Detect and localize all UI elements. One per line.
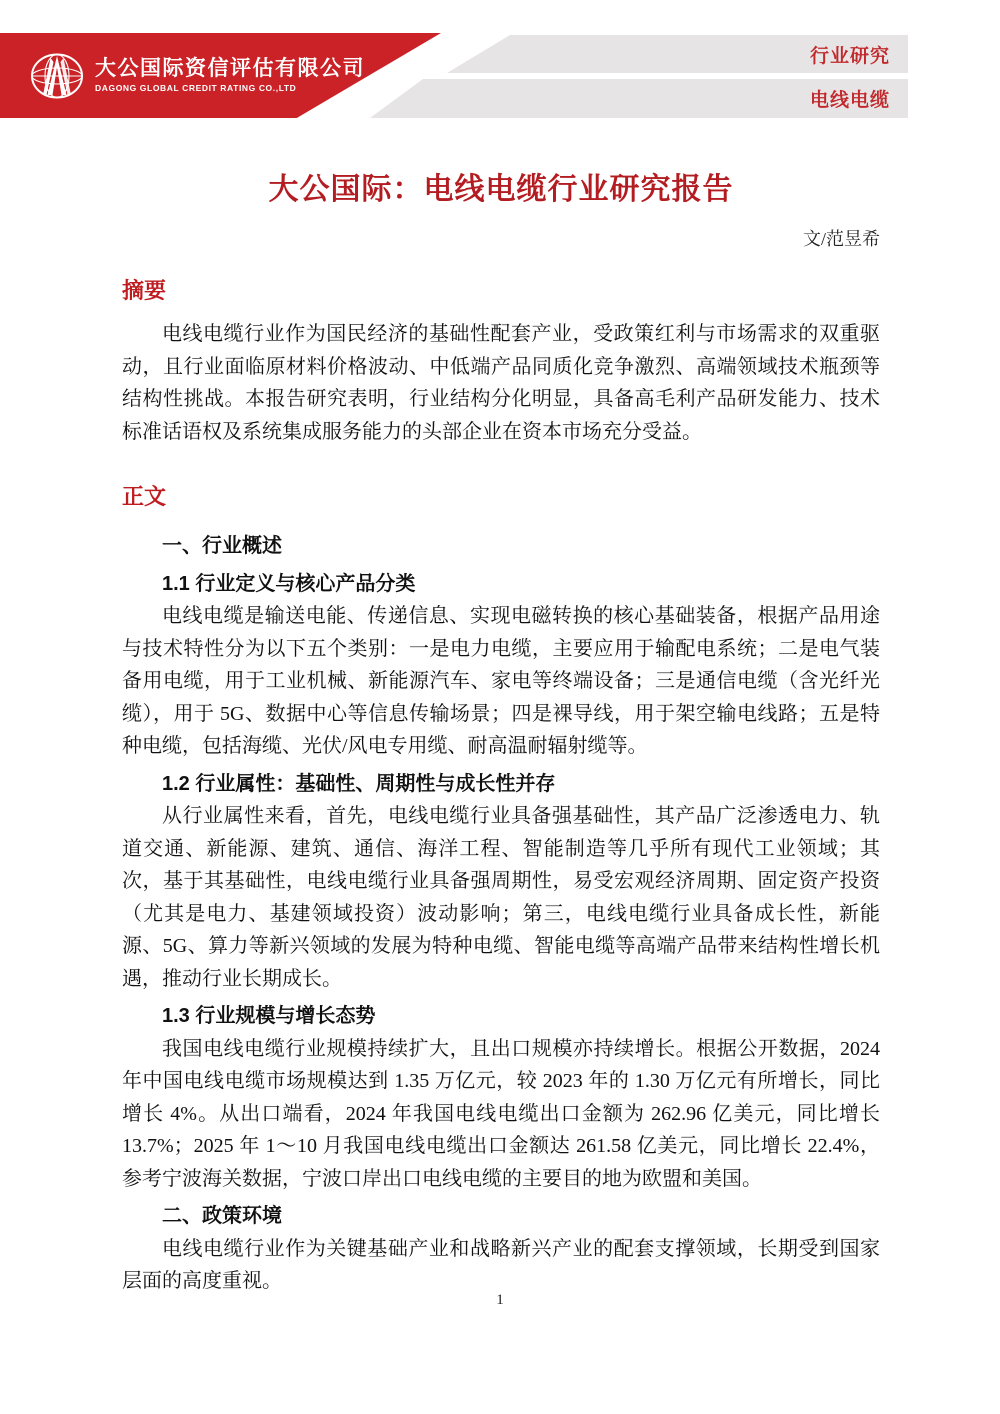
brand-banner: 大公国际资信评估有限公司 DAGONG GLOBAL CREDIT RATING…	[0, 33, 441, 118]
byline: 文/范昱希	[122, 226, 880, 252]
section-heading-1-2: 1.2 行业属性：基础性、周期性与成长性并存	[122, 768, 880, 801]
section-heading-1-3: 1.3 行业规模与增长态势	[122, 1000, 880, 1033]
report-page: 大公国际资信评估有限公司 DAGONG GLOBAL CREDIT RATING…	[0, 0, 1000, 1414]
section-heading-1-1: 1.1 行业定义与核心产品分类	[122, 568, 880, 601]
section-paragraph-1-3: 我国电线电缆行业规模持续扩大，且出口规模亦持续增长。根据公开数据，2024 年中…	[122, 1033, 880, 1196]
section-paragraph-1-1: 电线电缆是输送电能、传递信息、实现电磁转换的核心基础装备，根据产品用途与技术特性…	[122, 600, 880, 763]
section-heading-2: 二、政策环境	[122, 1200, 880, 1233]
section-heading-1: 一、行业概述	[122, 530, 880, 563]
header-tag-wire-cable: 电线电缆	[370, 79, 908, 118]
section-paragraph-1-2: 从行业属性来看，首先，电线电缆行业具备强基础性，其产品广泛渗透电力、轨道交通、新…	[122, 800, 880, 995]
dagong-globe-logo	[30, 52, 84, 100]
page-number: 1	[0, 1292, 1000, 1309]
report-title: 大公国际：电线电缆行业研究报告	[122, 168, 880, 212]
abstract-paragraph: 电线电缆行业作为国民经济的基础性配套产业，受政策红利与市场需求的双重驱动，且行业…	[122, 318, 880, 448]
page-header: 大公国际资信评估有限公司 DAGONG GLOBAL CREDIT RATING…	[0, 0, 1000, 132]
brand-text: 大公国际资信评估有限公司 DAGONG GLOBAL CREDIT RATING…	[95, 58, 365, 93]
company-name-cn: 大公国际资信评估有限公司	[95, 58, 365, 79]
header-tag-label: 行业研究	[810, 41, 890, 68]
header-tag-industry-research: 行业研究	[447, 35, 908, 73]
main-body-heading: 正文	[122, 482, 880, 512]
header-tag-label: 电线电缆	[810, 85, 890, 112]
section-paragraph-2: 电线电缆行业作为关键基础产业和战略新兴产业的配套支撑领域，长期受到国家层面的高度…	[122, 1233, 880, 1298]
abstract-heading: 摘要	[122, 276, 880, 306]
report-content: 大公国际：电线电缆行业研究报告 文/范昱希 摘要 电线电缆行业作为国民经济的基础…	[122, 130, 880, 1298]
company-name-en: DAGONG GLOBAL CREDIT RATING CO.,LTD	[95, 84, 365, 93]
